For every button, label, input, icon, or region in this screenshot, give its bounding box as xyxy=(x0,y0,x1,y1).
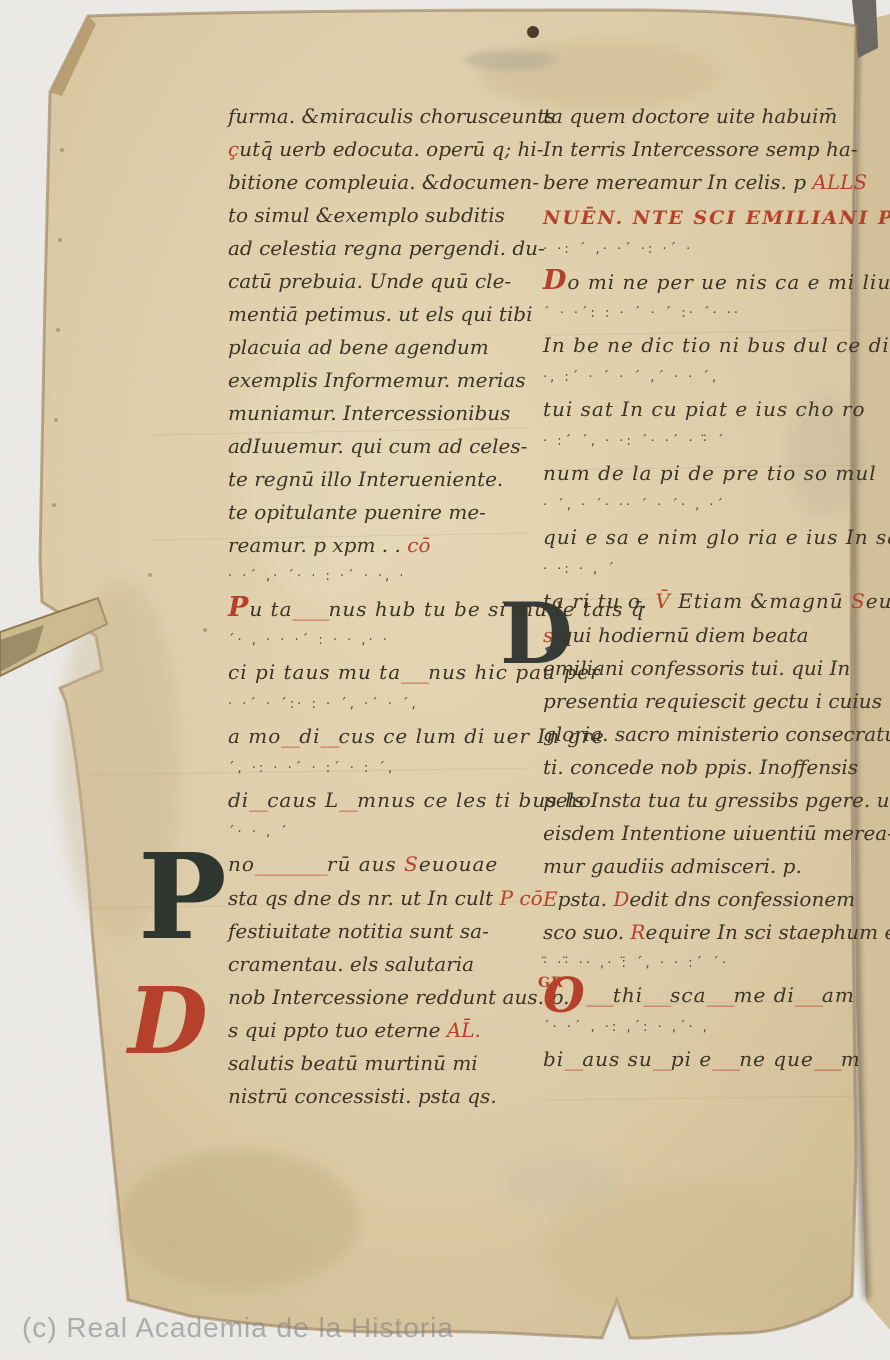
text-segment: ne que xyxy=(739,1047,814,1071)
text-segment: ta ri tu o. xyxy=(543,589,655,613)
text-segment: sta qs dne ds nr. ut In cult xyxy=(228,886,500,910)
text-segment: a mo xyxy=(228,724,281,748)
neume-notation-row: ´ · ·´: : · ´ · ´ :· ´· ·· xyxy=(543,301,888,327)
neume-notation-row: · :´ ´, · ·: ´· ·´ · ·̈ ´ xyxy=(543,429,888,455)
text-segment: o mi ne per ue nis ca e mi liu num xyxy=(567,270,890,294)
manuscript-line: mentiā petimus. ut els qui tibi xyxy=(228,298,534,331)
manuscript-line: · ´, · ´· ·· ´ · ´· , ·´qui e sa e nim g… xyxy=(543,493,888,555)
line-text: mentiā petimus. ut els qui tibi xyxy=(228,298,534,331)
text-segment: caus L xyxy=(267,788,339,812)
line-text: sta qs dne ds nr. ut In cult P cō xyxy=(228,882,534,915)
text-segment: mentiā petimus. ut els qui tibi xyxy=(228,302,533,326)
text-segment: te opitulante puenire me- xyxy=(228,500,486,524)
text-segment: P cō xyxy=(500,886,543,910)
neume-notation-row: · ·: ´ ,· ·´ ·: ·´ · xyxy=(543,237,888,263)
melisma-extender: __ xyxy=(281,724,299,748)
text-segment: m xyxy=(841,1047,861,1071)
manuscript-line: te opitulante puenire me- xyxy=(228,496,534,529)
text-segment: u ta xyxy=(249,597,292,621)
text-segment: ad celestia regna pergendi. du- xyxy=(228,236,545,260)
text-segment: bitione compleuia. &documen- xyxy=(228,170,539,194)
text-segment: cō xyxy=(407,533,430,557)
melisma-extender: __ xyxy=(321,724,339,748)
text-segment: In be ne dic tio ni bus dul ce di nis pō xyxy=(543,333,890,357)
text-segment: pi e xyxy=(671,1047,712,1071)
melisma-extender: ___ xyxy=(707,983,734,1007)
line-text: ad celestia regna pergendi. du- xyxy=(228,232,534,265)
line-text: s qui ppto tuo eterne AL̄. xyxy=(228,1014,534,1047)
neume-notation-row: · ´, · ´· ·· ´ · ´· , ·´ xyxy=(543,493,888,519)
large-initial-d-red: D xyxy=(128,975,208,1067)
manuscript-line: sco suo. Require In sci staephum epi xyxy=(543,916,888,949)
line-text: NUĒN. NTE SCI EMILIANI PRSBRI CNF xyxy=(543,199,888,236)
text-segment: thi xyxy=(613,983,643,1007)
line-text: In terris Intercessore semp ha- xyxy=(543,133,888,166)
text-segment: NUĒN. NTE SCI EMILIANI PRSBRI CNF xyxy=(543,207,890,229)
line-text: muniamur. Intercessionibus xyxy=(228,397,534,430)
text-segment: V̄ xyxy=(655,589,678,613)
text-segment: nistrū concessisti. psta qs. xyxy=(228,1084,497,1108)
line-text: Do mi ne per ue nis ca e mi liu num xyxy=(543,263,888,299)
text-segment: Etiam &magnū xyxy=(678,589,851,613)
line-text: Pu ta____nus hub tu be si mu le tais q̄ xyxy=(228,590,534,626)
line-text: no________rū aus Seuouae xyxy=(228,846,534,882)
text-segment: bere mereamur In celis. p xyxy=(543,170,812,194)
melisma-extender: __ xyxy=(564,1047,582,1071)
text-segment: D xyxy=(543,265,567,296)
manuscript-line: ti. concede nob ppis. Inoffensis xyxy=(543,751,888,784)
melisma-extender: __ xyxy=(249,788,267,812)
line-text: nob Intercessione reddunt aus. p. xyxy=(228,981,534,1014)
text-segment: furma. &miraculis chorusceunts xyxy=(228,104,556,128)
manuscript-line: çutq̄ uerb edocuta. operū q; hi- xyxy=(228,133,534,166)
manuscript-line: NUĒN. NTE SCI EMILIANI PRSBRI CNF xyxy=(543,199,888,235)
text-segment: ç xyxy=(228,137,239,161)
line-text: mur gaudiis admisceri. p. xyxy=(543,850,888,883)
line-text: te opitulante puenire me- xyxy=(228,496,534,529)
manuscript-line: gloria. sacro ministerio consecratus xyxy=(543,718,888,751)
neume-notation-row: · ·: · , ´ xyxy=(543,557,888,583)
line-text: ta quem doctore uite habuim̄ xyxy=(543,100,888,133)
line-text: to simul &exemplo subditis xyxy=(228,199,534,232)
manuscript-line: te regnū illo Interueniente. xyxy=(228,463,534,496)
line-text: qui e sa e nim glo ria e ius In sa lu xyxy=(543,519,888,555)
neume-notation-row: ·, :´ · ´ · ´ ,´ · · ´, xyxy=(543,365,888,391)
melisma-extender: ___ xyxy=(401,660,428,684)
text-segment: ta quem doctore uite habuim̄ xyxy=(543,104,837,128)
line-text: furma. &miraculis chorusceunts xyxy=(228,100,534,133)
text-segment: emiliani confessoris tui. qui In xyxy=(543,656,850,680)
neume-notation-row: · ·´ ,· ´· · : ·´ · ·, · xyxy=(228,564,534,590)
text-segment: cramentau. els salutaria xyxy=(228,952,474,976)
manuscript-line: · ·´ ,· ´· · : ·´ · ·, ·Pu ta____nus hub… xyxy=(228,564,534,626)
manuscript-photo: P D D GR furma. &miraculis chorusceuntsç… xyxy=(0,0,890,1360)
manuscript-line: eisdem Intentione uiuentiū merea- xyxy=(543,817,888,850)
manuscript-line: ta quem doctore uite habuim̄ xyxy=(543,100,888,133)
text-segment: utq̄ uerb edocuta. operū q; hi- xyxy=(239,137,543,161)
text-segment: aus su xyxy=(582,1047,653,1071)
line-text: ci pi taus mu ta___nus hic pau per xyxy=(228,654,534,690)
manuscript-line: · ·: · , ´ta ri tu o. V̄ Etiam &magnū Se… xyxy=(543,557,888,619)
line-text: gloria. sacro ministerio consecratus xyxy=(543,718,888,751)
text-segment: no xyxy=(228,852,255,876)
manuscript-line: catū prebuia. Unde quū cle- xyxy=(228,265,534,298)
text-segment: rū aus xyxy=(327,852,404,876)
manuscript-line: ·̈ ··̈ ·· ,· :̈ ´, · · :´ ´·O___thi___sc… xyxy=(543,951,888,1013)
text-segment: festiuitate notitia sunt sa- xyxy=(228,919,489,943)
text-segment: E xyxy=(543,887,558,911)
line-text: festiuitate notitia sunt sa- xyxy=(228,915,534,948)
large-initial-p: P xyxy=(138,838,227,956)
text-segment: exemplis Informemur. merias xyxy=(228,368,526,392)
text-segment: sca xyxy=(670,983,706,1007)
manuscript-line: ´, ·: · ·´ · :´ · : ´,di__caus L__mnus c… xyxy=(228,756,534,818)
text-segment: euouae xyxy=(866,589,890,613)
manuscript-line: mur gaudiis admisceri. p. xyxy=(543,850,888,883)
line-text: çutq̄ uerb edocuta. operū q; hi- xyxy=(228,133,534,166)
text-segment: euouae xyxy=(419,852,498,876)
text-segment: salutis beatū murtinū mi xyxy=(228,1051,478,1075)
text-column-left: furma. &miraculis chorusceuntsçutq̄ uerb… xyxy=(228,100,534,1113)
neume-notation-row: ´, ·: · ·´ · :´ · : ´, xyxy=(228,756,534,782)
manuscript-line: exemplis Informemur. merias xyxy=(228,364,534,397)
text-segment: catū prebuia. Unde quū cle- xyxy=(228,269,511,293)
manuscript-line: nob Intercessione reddunt aus. p. xyxy=(228,981,534,1014)
text-segment: ti. concede nob ppis. Inoffensis xyxy=(543,755,858,779)
text-segment: bi xyxy=(543,1047,564,1071)
text-segment: gloria. sacro ministerio consecratus xyxy=(543,722,890,746)
text-segment: D xyxy=(613,887,629,911)
text-segment: ci pi taus mu ta xyxy=(228,660,401,684)
text-segment: muniamur. Intercessionibus xyxy=(228,401,510,425)
text-segment: te regnū illo Interueniente. xyxy=(228,467,503,491)
text-segment: eisdem Intentione uiuentiū merea- xyxy=(543,821,890,845)
manuscript-line: ·, :´ · ´ · ´ ,´ · · ´,tui sat In cu pia… xyxy=(543,365,888,427)
line-text: di__caus L__mnus ce les ti bus ho xyxy=(228,782,534,818)
text-segment: AL̄. xyxy=(447,1018,481,1042)
text-segment: S xyxy=(851,589,866,613)
line-text: bi__aus su__pi e___ne que___m xyxy=(543,1041,888,1077)
manuscript-line: s qui hodiernū diem beata xyxy=(543,619,888,652)
manuscript-line: ´· , · · ·´ : · · ,· ·ci pi taus mu ta__… xyxy=(228,628,534,690)
text-segment: reamur. p xpm . . xyxy=(228,533,407,557)
manuscript-line: ´· ·´ , ·: ,´: · ,´· ,bi__aus su__pi e__… xyxy=(543,1015,888,1077)
text-segment: equire In sci staephum epi xyxy=(645,920,890,944)
text-segment: am xyxy=(822,983,855,1007)
line-text: sco suo. Require In sci staephum epi xyxy=(543,916,888,949)
line-text: placuia ad bene agendum xyxy=(228,331,534,364)
text-segment: P xyxy=(228,592,249,623)
manuscript-line: nistrū concessisti. psta qs. xyxy=(228,1080,534,1113)
line-text: exemplis Informemur. merias xyxy=(228,364,534,397)
manuscript-line: to simul &exemplo subditis xyxy=(228,199,534,232)
line-text: In be ne dic tio ni bus dul ce di nis pō xyxy=(543,327,888,363)
text-segment: R xyxy=(630,920,645,944)
manuscript-line: salutis beatū murtinū mi xyxy=(228,1047,534,1080)
melisma-extender: ________ xyxy=(255,852,327,876)
manuscript-line: presentia requiescit gectu i cuius xyxy=(543,685,888,718)
melisma-extender: ___ xyxy=(814,1047,841,1071)
line-text: te regnū illo Interueniente. xyxy=(228,463,534,496)
text-segment: mur gaudiis admisceri. p. xyxy=(543,854,802,878)
manuscript-line: Epsta. Dedit dns confessionem xyxy=(543,883,888,916)
neume-notation-row: ´· ·´ , ·: ,´: · ,´· , xyxy=(543,1015,888,1041)
text-segment: s qui ppto tuo eterne xyxy=(228,1018,447,1042)
line-text: tui sat In cu piat e ius cho ro xyxy=(543,391,888,427)
text-segment: ALLS xyxy=(812,170,867,194)
manuscript-line: ´· · , ´no________rū aus Seuouae xyxy=(228,820,534,882)
text-segment: presentia requiescit gectu i cuius xyxy=(543,689,882,713)
neume-notation-row: ´· · , ´ xyxy=(228,820,534,846)
manuscript-line: · ·: ´ ,· ·´ ·: ·´ ·Do mi ne per ue nis … xyxy=(543,237,888,299)
text-segment: to simul &exemplo subditis xyxy=(228,203,505,227)
manuscript-line: · ·´ · ´:· : · ´, ·´ · ´,a mo__di__cus c… xyxy=(228,692,534,754)
melisma-extender: __ xyxy=(653,1047,671,1071)
melisma-extender: ___ xyxy=(795,983,822,1007)
text-segment: adIuuemur. qui cum ad celes- xyxy=(228,434,527,458)
text-segment: edit dns confessionem xyxy=(629,887,855,911)
line-text: presentia requiescit gectu i cuius xyxy=(543,685,888,718)
line-text: salutis beatū murtinū mi xyxy=(228,1047,534,1080)
manuscript-line: s qui ppto tuo eterne AL̄. xyxy=(228,1014,534,1047)
copyright-watermark: (c) Real Academia de la Historia xyxy=(22,1312,454,1344)
neume-notation-row: ´· , · · ·´ : · · ,· · xyxy=(228,628,534,654)
text-segment: sco suo. xyxy=(543,920,630,944)
text-segment: pels Insta tua tu gressibs pgere. ut xyxy=(543,788,890,812)
manuscript-line: sta qs dne ds nr. ut In cult P cō xyxy=(228,882,534,915)
manuscript-line: ´ · ·´: : · ´ · ´ :· ´· ··In be ne dic t… xyxy=(543,301,888,363)
text-segment: tui sat In cu piat e ius cho ro xyxy=(543,397,866,421)
text-segment: me di xyxy=(734,983,795,1007)
line-text: cramentau. els salutaria xyxy=(228,948,534,981)
text-segment: placuia ad bene agendum xyxy=(228,335,489,359)
manuscript-line: muniamur. Intercessionibus xyxy=(228,397,534,430)
line-text: ta ri tu o. V̄ Etiam &magnū Seuouae xyxy=(543,583,888,619)
manuscript-line: bitione compleuia. &documen- xyxy=(228,166,534,199)
manuscript-line: ad celestia regna pergendi. du- xyxy=(228,232,534,265)
manuscript-line: festiuitate notitia sunt sa- xyxy=(228,915,534,948)
manuscript-line: reamur. p xpm . . cō xyxy=(228,529,534,562)
manuscript-line: pels Insta tua tu gressibs pgere. ut xyxy=(543,784,888,817)
text-segment: di xyxy=(299,724,320,748)
line-text: num de la pi de pre tio so mul xyxy=(543,455,888,491)
text-segment: S xyxy=(404,852,419,876)
text-segment: qui hodiernū diem beata xyxy=(560,623,809,647)
line-text: catū prebuia. Unde quū cle- xyxy=(228,265,534,298)
manuscript-line: · :´ ´, · ·: ´· ·´ · ·̈ ´num de la pi de… xyxy=(543,429,888,491)
text-segment: num de la pi de pre tio so mul xyxy=(543,461,877,485)
text-segment: s xyxy=(543,623,560,647)
line-text: ti. concede nob ppis. Inoffensis xyxy=(543,751,888,784)
manuscript-line: cramentau. els salutaria xyxy=(228,948,534,981)
text-column-right: ta quem doctore uite habuim̄In terris In… xyxy=(543,100,888,1077)
line-text: pels Insta tua tu gressibs pgere. ut xyxy=(543,784,888,817)
text-segment: nob Intercessione reddunt aus. p. xyxy=(228,985,569,1009)
melisma-extender: ___ xyxy=(586,983,613,1007)
line-text: bitione compleuia. &documen- xyxy=(228,166,534,199)
manuscript-line: emiliani confessoris tui. qui In xyxy=(543,652,888,685)
melisma-extender: ___ xyxy=(643,983,670,1007)
text-segment: psta. xyxy=(558,887,614,911)
neume-notation-row: · ·´ · ´:· : · ´, ·´ · ´, xyxy=(228,692,534,718)
manuscript-line: In terris Intercessore semp ha- xyxy=(543,133,888,166)
text-segment: qui e sa e nim glo ria e ius In sa lu xyxy=(543,525,890,549)
line-text: eisdem Intentione uiuentiū merea- xyxy=(543,817,888,850)
line-text: reamur. p xpm . . cō xyxy=(228,529,534,562)
manuscript-line: bere mereamur In celis. p ALLS xyxy=(543,166,888,199)
line-text: nistrū concessisti. psta qs. xyxy=(228,1080,534,1113)
melisma-extender: __ xyxy=(339,788,357,812)
melisma-extender: ____ xyxy=(293,597,329,621)
neume-notation-row: ·̈ ··̈ ·· ,· :̈ ´, · · :´ ´· xyxy=(543,951,888,977)
line-text: s qui hodiernū diem beata xyxy=(543,619,888,652)
line-text: adIuuemur. qui cum ad celes- xyxy=(228,430,534,463)
melisma-extender: ___ xyxy=(712,1047,739,1071)
manuscript-line: adIuuemur. qui cum ad celes- xyxy=(228,430,534,463)
line-text: a mo__di__cus ce lum di uer In gre xyxy=(228,718,534,754)
line-text: O___thi___sca___me di___am xyxy=(543,977,888,1013)
manuscript-line: furma. &miraculis chorusceunts xyxy=(228,100,534,133)
text-segment: di xyxy=(228,788,249,812)
line-text: emiliani confessoris tui. qui In xyxy=(543,652,888,685)
manuscript-line: placuia ad bene agendum xyxy=(228,331,534,364)
line-text: bere mereamur In celis. p ALLS xyxy=(543,166,888,199)
line-text: Epsta. Dedit dns confessionem xyxy=(543,883,888,916)
text-segment: In terris Intercessore semp ha- xyxy=(543,137,858,161)
